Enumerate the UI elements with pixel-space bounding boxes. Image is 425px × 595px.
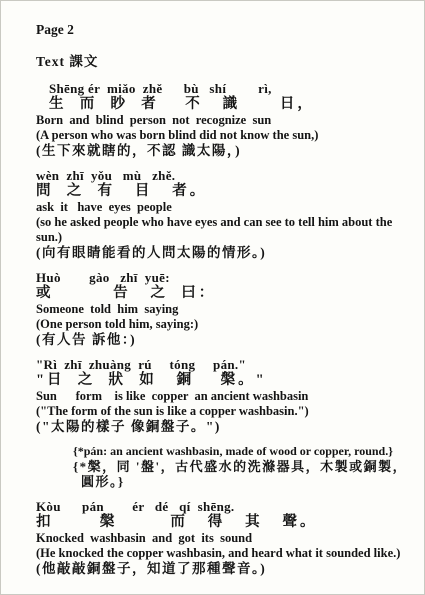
pinyin-line: Huò gào zhī yuē:	[36, 270, 416, 285]
pinyin-line: "Rì zhī zhuàng rú tóng pán."	[36, 357, 416, 372]
gloss-line: Born and blind person not recognize sun	[36, 113, 416, 128]
document-page: Page 2 Text 課文 Shēng ér miǎo zhě bù shí …	[0, 0, 425, 595]
text-block-4: "Rì zhī zhuàng rú tóng pán." "日 之 狀 如 銅 …	[36, 357, 416, 435]
hanzi-line: 問 之 有 目 者。	[36, 183, 416, 200]
pinyin-line: wèn zhī yǒu mù zhě.	[36, 168, 416, 183]
footnote: {*pán: an ancient washbasin, made of woo…	[73, 444, 416, 489]
gloss-line: ask it have eyes people	[36, 200, 416, 215]
translation-zh: (他敲敲銅盤子，知道了那種聲音。)	[36, 561, 416, 577]
text-block-3: Huò gào zhī yuē: 或 告 之 曰： Someone told h…	[36, 270, 416, 348]
translation-zh: (生下來就瞎的，不認 識太陽，)	[36, 143, 416, 159]
footnote-zh: {*槃，同 '盤'，古代盛水的洗滌器具，木製或銅製，圓形。}	[73, 459, 416, 489]
page-number: Page 2	[36, 22, 416, 37]
text-block-1: Shēng ér miǎo zhě bù shí rì, 生 而 眇 者 不 識…	[36, 81, 416, 159]
footnote-en: {*pán: an ancient washbasin, made of woo…	[73, 444, 416, 459]
hanzi-line: 或 告 之 曰：	[36, 285, 416, 302]
text-block-2: wèn zhī yǒu mù zhě. 問 之 有 目 者。 ask it ha…	[36, 168, 416, 261]
translation-en: (One person told him, saying:)	[36, 317, 416, 332]
hanzi-line: 扣 槃 而 得 其 聲。	[36, 514, 416, 531]
translation-zh: (有人告 訴他：)	[36, 332, 416, 348]
text-block-5: Kòu pán ér dé qí shēng. 扣 槃 而 得 其 聲。 Kno…	[36, 499, 416, 577]
gloss-line: Knocked washbasin and got its sound	[36, 531, 416, 546]
translation-en: (A person who was born blind did not kno…	[36, 128, 416, 143]
translation-en: (so he asked people who have eyes and ca…	[36, 215, 416, 245]
gloss-line: Sun form is like copper an ancient washb…	[36, 389, 416, 404]
pinyin-line: Shēng ér miǎo zhě bù shí rì,	[36, 81, 416, 96]
translation-en: ("The form of the sun is like a copper w…	[36, 404, 416, 419]
gloss-line: Someone told him saying	[36, 302, 416, 317]
translation-zh: ("太陽的樣子 像銅盤子。")	[36, 419, 416, 435]
pinyin-line: Kòu pán ér dé qí shēng.	[36, 499, 416, 514]
translation-zh: (向有眼睛能看的人問太陽的情形。)	[36, 245, 416, 261]
hanzi-line: "日 之 狀 如 銅 槃。"	[36, 372, 416, 389]
hanzi-line: 生 而 眇 者 不 識 日，	[36, 96, 416, 113]
section-title: Text 課文	[36, 54, 416, 70]
translation-en: (He knocked the copper washbasin, and he…	[36, 546, 416, 561]
